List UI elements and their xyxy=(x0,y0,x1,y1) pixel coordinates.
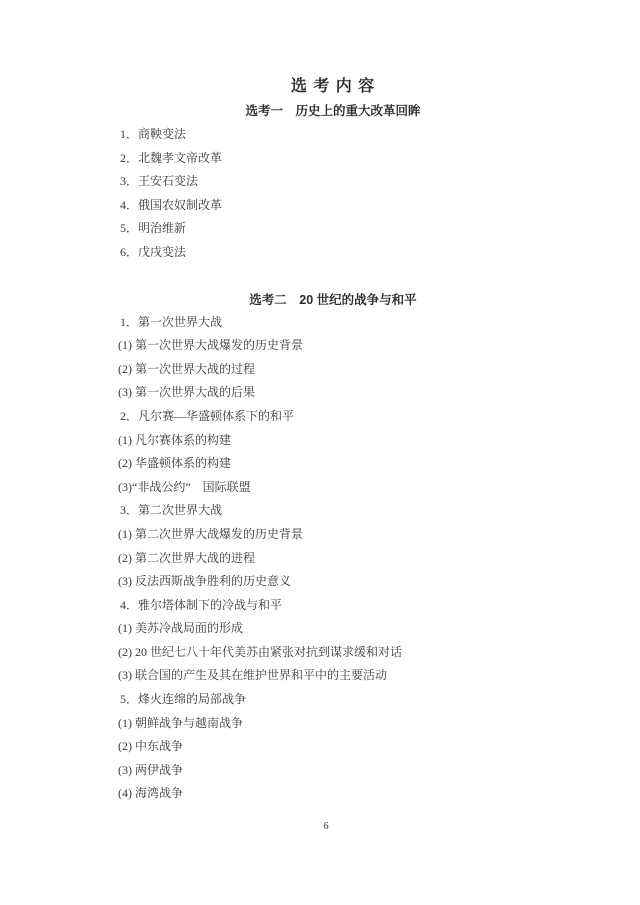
list-item: (3) 反法西斯战争胜利的历史意义 xyxy=(118,570,640,594)
section-1-title: 选考一 历史上的重大改革回眸 xyxy=(0,102,640,120)
list-item: (4) 海湾战争 xyxy=(118,782,640,806)
list-item: 3．第二次世界大战 xyxy=(118,499,640,523)
list-item: (3) 联合国的产生及其在维护世界和平中的主要活动 xyxy=(118,664,640,688)
list-item: (2) 20 世纪七八十年代美苏由紧张对抗到谋求缓和对话 xyxy=(118,641,640,665)
section-1-list: 1．商鞅变法2．北魏孝文帝改革3．王安石变法4．俄国农奴制改革5．明治维新6．戊… xyxy=(0,123,640,265)
list-item: (1) 凡尔赛体系的构建 xyxy=(118,429,640,453)
list-item: (2) 第一次世界大战的过程 xyxy=(118,358,640,382)
list-item: 5．烽火连绵的局部战争 xyxy=(118,688,640,712)
list-item: (2) 华盛顿体系的构建 xyxy=(118,452,640,476)
page-number: 6 xyxy=(323,821,328,832)
list-item: 4．雅尔塔体制下的冷战与和平 xyxy=(118,594,640,618)
list-item: (2) 第二次世界大战的进程 xyxy=(118,547,640,571)
list-item: 6．戊戌变法 xyxy=(118,241,640,265)
list-item: 2．北魏孝文帝改革 xyxy=(118,147,640,171)
document-page: 选 考 内 容 选考一 历史上的重大改革回眸 1．商鞅变法2．北魏孝文帝改革3．… xyxy=(0,0,640,905)
list-item: 1．第一次世界大战 xyxy=(118,311,640,335)
page-footer: 6 xyxy=(0,820,640,834)
list-item: (1) 第二次世界大战爆发的历史背景 xyxy=(118,523,640,547)
list-item: (2) 中东战争 xyxy=(118,735,640,759)
list-item: (1) 朝鲜战争与越南战争 xyxy=(118,712,640,736)
section-elective-1: 选考一 历史上的重大改革回眸 1．商鞅变法2．北魏孝文帝改革3．王安石变法4．俄… xyxy=(0,102,640,265)
list-item: (1) 美苏冷战局面的形成 xyxy=(118,617,640,641)
list-item: (3) 两伊战争 xyxy=(118,759,640,783)
section-2-title: 选考二 20 世纪的战争与和平 xyxy=(0,291,640,309)
section-2-list: 1．第一次世界大战(1) 第一次世界大战爆发的历史背景(2) 第一次世界大战的过… xyxy=(0,311,640,806)
list-item: 5．明治维新 xyxy=(118,217,640,241)
list-item: (1) 第一次世界大战爆发的历史背景 xyxy=(118,334,640,358)
list-item: 3．王安石变法 xyxy=(118,170,640,194)
section-elective-2: 选考二 20 世纪的战争与和平 1．第一次世界大战(1) 第一次世界大战爆发的历… xyxy=(0,291,640,806)
list-item: (3)“非战公约” 国际联盟 xyxy=(118,476,640,500)
list-item: 4．俄国农奴制改革 xyxy=(118,194,640,218)
list-item: (3) 第一次世界大战的后果 xyxy=(118,381,640,405)
list-item: 1．商鞅变法 xyxy=(118,123,640,147)
page-title: 选 考 内 容 xyxy=(0,77,640,96)
list-item: 2．凡尔赛—华盛顿体系下的和平 xyxy=(118,405,640,429)
